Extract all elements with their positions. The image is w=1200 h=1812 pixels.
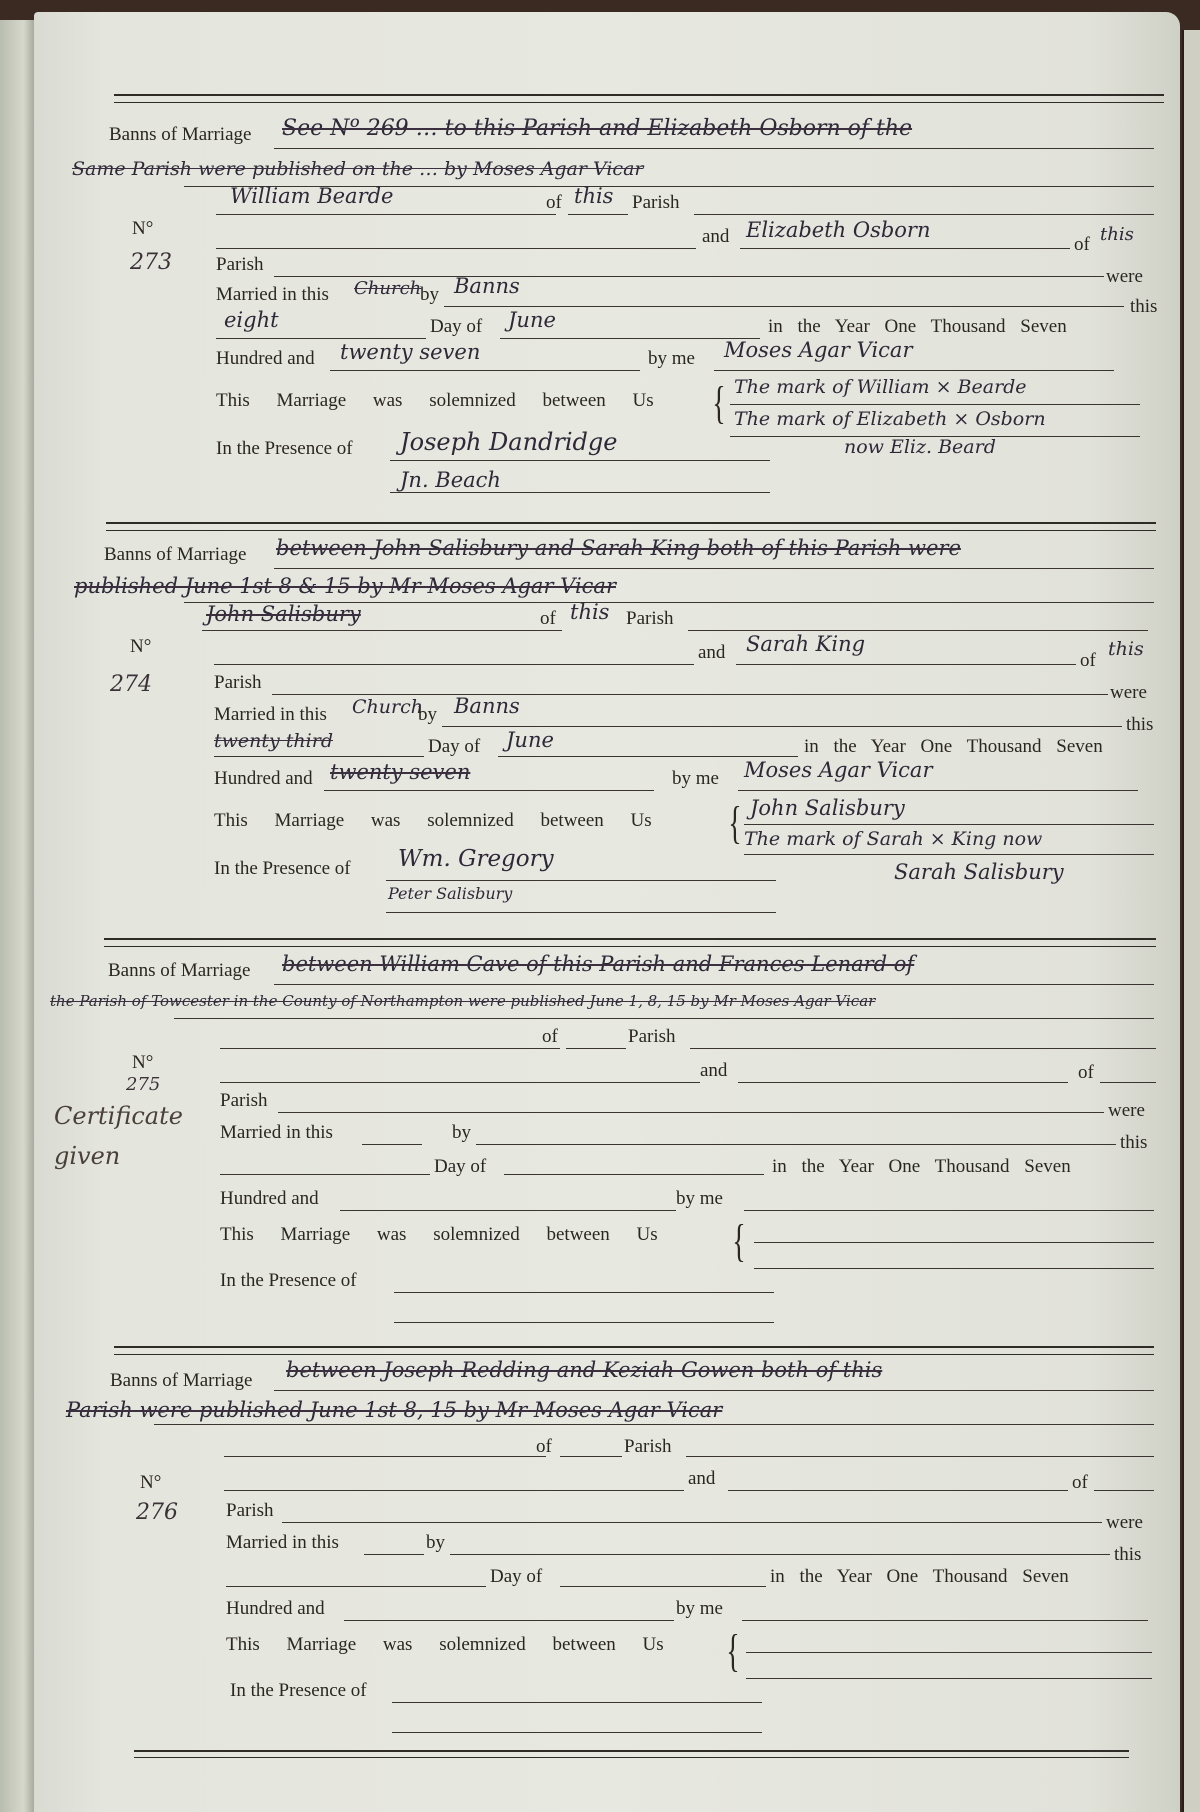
line bbox=[476, 1144, 1116, 1145]
presence-label: In the Presence of bbox=[214, 858, 351, 880]
line bbox=[746, 1652, 1152, 1653]
line bbox=[686, 1456, 1154, 1457]
married-place: Church bbox=[354, 278, 421, 299]
line bbox=[744, 1210, 1154, 1211]
presence-label: In the Presence of bbox=[216, 438, 353, 460]
by-label: by bbox=[426, 1532, 445, 1554]
presence-label: In the Presence of bbox=[220, 1270, 357, 1292]
married-by: Banns bbox=[454, 274, 520, 298]
of-label: of bbox=[1080, 650, 1096, 672]
line bbox=[330, 370, 640, 371]
parish-label: Parish bbox=[220, 1090, 268, 1112]
line bbox=[154, 1424, 1154, 1425]
line bbox=[754, 1268, 1154, 1269]
hundred-and-label: Hundred and bbox=[216, 348, 315, 370]
presence-label: In the Presence of bbox=[230, 1680, 367, 1702]
line bbox=[274, 984, 1154, 985]
party-2-signature: The mark of Sarah × King now bbox=[744, 828, 1042, 850]
line bbox=[744, 854, 1154, 855]
register-page: Banns of Marriage See Nº 269 … to this P… bbox=[34, 12, 1180, 1812]
party-1-signature: The mark of William × Bearde bbox=[734, 376, 1027, 398]
by-label: by bbox=[418, 704, 437, 726]
married-label: Married in this bbox=[226, 1532, 339, 1554]
line bbox=[690, 1048, 1156, 1049]
of-label: of bbox=[1078, 1062, 1094, 1084]
were-label: were bbox=[1106, 266, 1143, 288]
of-label: of bbox=[1072, 1472, 1088, 1494]
line bbox=[504, 1174, 764, 1175]
parish-label: Parish bbox=[226, 1500, 274, 1522]
line bbox=[272, 694, 1108, 695]
line bbox=[394, 1322, 774, 1323]
groom-line bbox=[220, 1048, 560, 1049]
line bbox=[500, 338, 760, 339]
line bbox=[392, 1732, 762, 1733]
married-label: Married in this bbox=[216, 284, 329, 306]
section-rule bbox=[104, 938, 1156, 947]
line bbox=[282, 1522, 1102, 1523]
brace: { bbox=[732, 1218, 745, 1264]
year-suffix: twenty seven bbox=[340, 340, 480, 364]
line bbox=[362, 1144, 422, 1145]
were-label: were bbox=[1108, 1100, 1145, 1122]
marriage-month: June bbox=[508, 308, 556, 332]
and-label: and bbox=[700, 1060, 727, 1082]
line bbox=[214, 756, 424, 757]
by-label: by bbox=[452, 1122, 471, 1144]
solemnized-label: This Marriage was solemnized between Us bbox=[214, 810, 652, 832]
line bbox=[274, 568, 1154, 569]
bride-parish: this bbox=[1108, 638, 1144, 660]
bride-line bbox=[738, 1082, 1068, 1083]
parish-label: Parish bbox=[632, 192, 680, 214]
line bbox=[344, 1620, 674, 1621]
of-label: of bbox=[546, 192, 562, 214]
line bbox=[392, 1702, 762, 1703]
line bbox=[498, 756, 798, 757]
party-note: now Eliz. Beard bbox=[844, 436, 996, 458]
of-label: of bbox=[540, 608, 556, 630]
number-label: N° bbox=[132, 218, 153, 240]
bride-line bbox=[740, 248, 1070, 249]
line bbox=[738, 790, 1138, 791]
party-note: Sarah Salisbury bbox=[894, 860, 1064, 884]
of-label: of bbox=[536, 1436, 552, 1458]
line bbox=[742, 1620, 1148, 1621]
banns-label: Banns of Marriage bbox=[108, 960, 250, 982]
married-by: Banns bbox=[454, 694, 520, 718]
banns-text-line1: between William Cave of this Parish and … bbox=[282, 952, 914, 976]
witness-1: Wm. Gregory bbox=[398, 846, 554, 872]
top-rule bbox=[114, 94, 1164, 103]
line bbox=[1094, 1490, 1154, 1491]
line bbox=[394, 1292, 774, 1293]
groom-parish-line bbox=[568, 214, 628, 215]
marriage-day: eight bbox=[224, 308, 279, 332]
banns-text-line1: See Nº 269 … to this Parish and Elizabet… bbox=[282, 116, 912, 141]
line bbox=[694, 214, 1154, 215]
marriage-day: twenty third bbox=[214, 730, 333, 752]
line bbox=[390, 460, 770, 461]
banns-text-line2: published June 1st 8 & 15 by Mr Moses Ag… bbox=[74, 574, 616, 598]
line bbox=[714, 370, 1114, 371]
brace: { bbox=[712, 380, 725, 426]
this-label: this bbox=[1114, 1544, 1141, 1566]
brace: { bbox=[728, 800, 741, 846]
left-page-edge bbox=[0, 20, 36, 1812]
section-rule bbox=[106, 522, 1156, 531]
marriage-month: June bbox=[506, 728, 554, 752]
groom-parish-line bbox=[566, 1048, 626, 1049]
by-me-label: by me bbox=[676, 1598, 723, 1620]
married-place: Church bbox=[352, 696, 423, 718]
year-label: in the Year One Thousand Seven bbox=[804, 736, 1103, 758]
parish-label: Parish bbox=[628, 1026, 676, 1048]
section-rule bbox=[114, 1346, 1154, 1355]
witness-2: Jn. Beach bbox=[400, 468, 501, 492]
line bbox=[274, 1390, 1154, 1391]
married-label: Married in this bbox=[214, 704, 327, 726]
line bbox=[386, 912, 776, 913]
were-label: were bbox=[1110, 682, 1147, 704]
bride-parish: this bbox=[1100, 224, 1134, 245]
were-label: were bbox=[1106, 1512, 1143, 1534]
witness-2: Peter Salisbury bbox=[388, 884, 512, 903]
number-label: N° bbox=[130, 636, 151, 658]
witness-1: Joseph Dandridge bbox=[400, 428, 618, 456]
day-of-label: Day of bbox=[428, 736, 480, 758]
banns-label: Banns of Marriage bbox=[104, 544, 246, 566]
line bbox=[736, 664, 1076, 665]
party-2-signature: The mark of Elizabeth × Osborn bbox=[734, 408, 1046, 430]
entry-number: 274 bbox=[110, 672, 152, 697]
line bbox=[220, 1082, 700, 1083]
line bbox=[214, 664, 694, 665]
bride-line bbox=[728, 1490, 1068, 1491]
line bbox=[224, 1490, 684, 1491]
this-label: this bbox=[1130, 296, 1157, 318]
groom-parish: this bbox=[574, 184, 613, 208]
by-me-label: by me bbox=[648, 348, 695, 370]
line bbox=[560, 1586, 766, 1587]
parish-label: Parish bbox=[214, 672, 262, 694]
line bbox=[340, 1210, 676, 1211]
this-label: this bbox=[1120, 1132, 1147, 1154]
solemnized-label: This Marriage was solemnized between Us bbox=[220, 1224, 658, 1246]
entry-number: 276 bbox=[136, 1500, 178, 1525]
by-me-label: by me bbox=[672, 768, 719, 790]
hundred-and-label: Hundred and bbox=[214, 768, 313, 790]
entry-number: 275 bbox=[126, 1074, 160, 1095]
officiant: Moses Agar Vicar bbox=[744, 758, 932, 782]
groom-line bbox=[224, 1456, 546, 1457]
of-label: of bbox=[1074, 234, 1090, 256]
parish-label: Parish bbox=[624, 1436, 672, 1458]
and-label: and bbox=[702, 226, 729, 248]
line bbox=[364, 1554, 424, 1555]
line bbox=[202, 630, 562, 631]
bride-name: Sarah King bbox=[746, 632, 865, 656]
banns-text-line1: between John Salisbury and Sarah King bo… bbox=[276, 536, 961, 560]
year-label: in the Year One Thousand Seven bbox=[770, 1566, 1069, 1588]
line bbox=[450, 1554, 1110, 1555]
line bbox=[746, 1678, 1152, 1679]
number-label: N° bbox=[132, 1052, 153, 1074]
certificate-note: Certificate given bbox=[54, 1096, 194, 1176]
banns-text-line1: between Joseph Redding and Keziah Gowen … bbox=[286, 1358, 882, 1382]
bottom-rule bbox=[134, 1750, 1129, 1758]
solemnized-label: This Marriage was solemnized between Us bbox=[216, 390, 654, 412]
of-label: of bbox=[542, 1026, 558, 1048]
number-label: N° bbox=[140, 1472, 161, 1494]
groom-name: John Salisbury bbox=[206, 602, 361, 626]
line bbox=[226, 1586, 486, 1587]
line bbox=[174, 1018, 1154, 1019]
brace: { bbox=[726, 1628, 739, 1674]
line bbox=[688, 630, 1148, 631]
line bbox=[744, 824, 1154, 825]
officiant: Moses Agar Vicar bbox=[724, 338, 912, 362]
line bbox=[386, 880, 776, 881]
year-label: in the Year One Thousand Seven bbox=[768, 316, 1067, 338]
line bbox=[324, 790, 654, 791]
line bbox=[442, 726, 1122, 727]
banns-line bbox=[274, 148, 1154, 149]
day-of-label: Day of bbox=[434, 1156, 486, 1178]
banns-label: Banns of Marriage bbox=[110, 1370, 252, 1392]
line bbox=[278, 1112, 1104, 1113]
by-label: by bbox=[420, 284, 439, 306]
this-label: this bbox=[1126, 714, 1153, 736]
married-label: Married in this bbox=[220, 1122, 333, 1144]
entry-number: 273 bbox=[130, 250, 172, 275]
by-me-label: by me bbox=[676, 1188, 723, 1210]
right-page-edge bbox=[1182, 30, 1200, 1812]
hundred-and-label: Hundred and bbox=[226, 1598, 325, 1620]
line bbox=[730, 404, 1140, 405]
year-label: in the Year One Thousand Seven bbox=[772, 1156, 1071, 1178]
day-of-label: Day of bbox=[490, 1566, 542, 1588]
banns-text-line2: Parish were published June 1st 8, 15 by … bbox=[66, 1398, 722, 1422]
line bbox=[274, 276, 1104, 277]
parish-label: Parish bbox=[626, 608, 674, 630]
groom-parish-line bbox=[560, 1456, 622, 1457]
day-of-label: Day of bbox=[430, 316, 482, 338]
and-label: and bbox=[688, 1468, 715, 1490]
banns-text-line2: Same Parish were published on the … by M… bbox=[72, 158, 643, 180]
hundred-and-label: Hundred and bbox=[220, 1188, 319, 1210]
bride-name: Elizabeth Osborn bbox=[746, 218, 931, 242]
groom-line bbox=[216, 214, 556, 215]
groom-name: William Bearde bbox=[230, 184, 393, 208]
line bbox=[1100, 1082, 1156, 1083]
banns-label: Banns of Marriage bbox=[109, 124, 251, 146]
line bbox=[390, 492, 770, 493]
line bbox=[220, 1174, 430, 1175]
groom-parish: this bbox=[570, 600, 609, 624]
parish-label: Parish bbox=[216, 254, 264, 276]
year-suffix: twenty seven bbox=[330, 760, 470, 784]
line bbox=[444, 306, 1124, 307]
line bbox=[216, 248, 696, 249]
solemnized-label: This Marriage was solemnized between Us bbox=[226, 1634, 664, 1656]
banns-text-line2: the Parish of Towcester in the County of… bbox=[50, 992, 875, 1010]
line bbox=[216, 338, 426, 339]
line bbox=[754, 1242, 1154, 1243]
party-1-signature: John Salisbury bbox=[750, 796, 905, 820]
and-label: and bbox=[698, 642, 725, 664]
